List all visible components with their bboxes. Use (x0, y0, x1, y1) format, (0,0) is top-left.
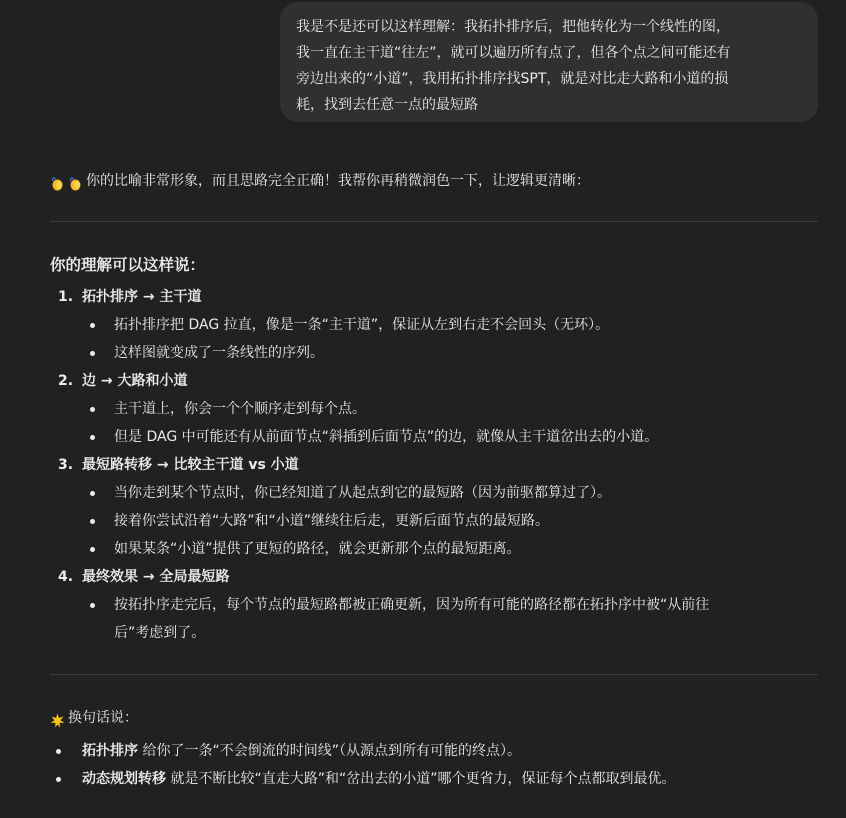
section-heading: 你的理解可以这样说： (50, 252, 205, 278)
list-item-title: 2.边 → 大路和小道 (58, 368, 187, 394)
bullet-dot (90, 435, 95, 440)
summary-label-row: 换句话说： (50, 705, 138, 731)
sparkle-icon (50, 711, 65, 726)
list-bullet: 这样图就变成了一条线性的序列。 (90, 340, 810, 366)
bullet-dot (90, 351, 95, 356)
bullet-dot (90, 547, 95, 552)
list-item-title: 3.最短路转移 → 比较主干道 vs 小道 (58, 452, 299, 478)
user-message-line: 我一直在主干道“往左”，就可以遍历所有点了，但各个点之间可能还有 (296, 40, 802, 66)
summary-bullet: 拓扑排序 给你了一条“不会倒流的时间线”（从源点到所有可能的终点）。 (56, 738, 816, 764)
list-bullet: 当你走到某个节点时，你已经知道了从起点到它的最短路（因为前驱都算过了）。 (90, 480, 810, 506)
bullet-dot (56, 777, 61, 782)
intro-text: 你的比喻非常形象，而且思路完全正确！我帮你再稍微润色一下，让逻辑更清晰： (86, 168, 590, 194)
chat-page: 我是不是还可以这样理解：我拓扑排序后，把他转化为一个线性的图， 我一直在主干道“… (0, 0, 846, 818)
bullet-dot (90, 603, 95, 608)
clapping-hands-icon (68, 174, 83, 189)
assistant-intro: 你的比喻非常形象，而且思路完全正确！我帮你再稍微润色一下，让逻辑更清晰： (50, 168, 590, 194)
list-bullet: 接着你尝试沿着“大路”和“小道”继续往后走，更新后面节点的最短路。 (90, 508, 810, 534)
divider (50, 221, 818, 222)
bullet-dot (90, 323, 95, 328)
bullet-dot (90, 407, 95, 412)
list-bullet: 按拓扑序走完后，每个节点的最短路都被正确更新，因为所有可能的路径都在拓扑序中被“… (90, 592, 810, 618)
list-bullet-continuation: 后”考虑到了。 (90, 620, 810, 646)
bullet-dot (90, 519, 95, 524)
user-message-line: 我是不是还可以这样理解：我拓扑排序后，把他转化为一个线性的图， (296, 14, 802, 40)
summary-label: 换句话说： (68, 705, 138, 731)
divider (50, 674, 818, 675)
list-bullet: 但是 DAG 中可能还有从前面节点“斜插到后面节点”的边，就像从主干道岔出去的小… (90, 424, 810, 450)
clapping-hands-icon (50, 174, 65, 189)
list-bullet: 拓扑排序把 DAG 拉直，像是一条“主干道”，保证从左到右走不会回头（无环）。 (90, 312, 810, 338)
list-item-title: 1.拓扑排序 → 主干道 (58, 284, 201, 310)
bullet-dot (56, 749, 61, 754)
list-item-title: 4.最终效果 → 全局最短路 (58, 564, 229, 590)
user-message-line: 耗，找到去任意一点的最短路 (296, 92, 802, 118)
summary-bullet: 动态规划转移 就是不断比较“直走大路”和“岔出去的小道”哪个更省力，保证每个点都… (56, 766, 816, 792)
user-message-bubble: 我是不是还可以这样理解：我拓扑排序后，把他转化为一个线性的图， 我一直在主干道“… (280, 2, 818, 122)
user-message-line: 旁边出来的“小道”，我用拓扑排序找SPT，就是对比走大路和小道的损 (296, 66, 802, 92)
list-bullet: 主干道上，你会一个个顺序走到每个点。 (90, 396, 810, 422)
list-bullet: 如果某条“小道”提供了更短的路径，就会更新那个点的最短距离。 (90, 536, 810, 562)
bullet-dot (90, 491, 95, 496)
